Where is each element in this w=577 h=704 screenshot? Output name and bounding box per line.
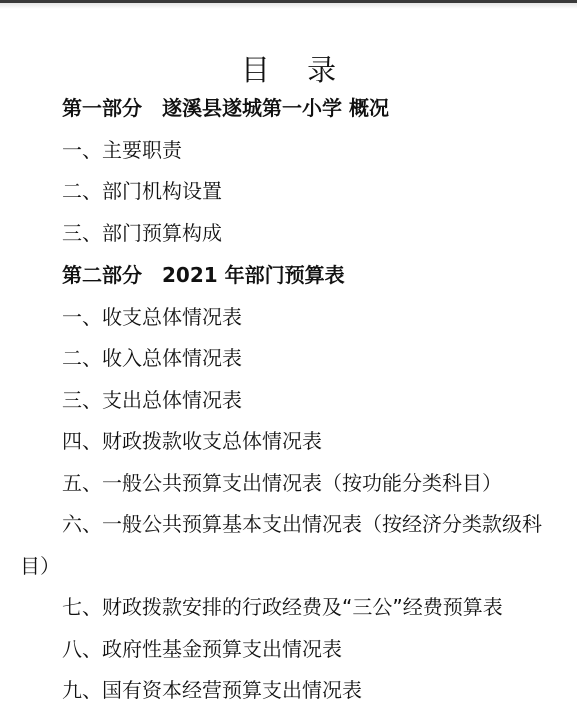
- toc-item: 五、一般公共预算支出情况表（按功能分类科目）: [62, 470, 502, 496]
- section-heading-1: 第一部分 遂溪县遂城第一小学 概况: [62, 95, 389, 121]
- toc-item: 三、部门预算构成: [62, 220, 222, 246]
- toc-item: 二、部门机构设置: [62, 178, 222, 204]
- toc-item: 九、国有资本经营预算支出情况表: [62, 677, 362, 703]
- toc-item: 四、财政拨款收支总体情况表: [62, 428, 322, 454]
- toc-item: 一、收支总体情况表: [62, 304, 242, 330]
- toc-item: 三、支出总体情况表: [62, 387, 242, 413]
- toc-item: 八、政府性基金预算支出情况表: [62, 636, 342, 662]
- section-heading-2: 第二部分 2021 年部门预算表: [62, 262, 345, 288]
- toc-item: 一、主要职责: [62, 137, 182, 163]
- page-title: 目 录: [0, 48, 577, 89]
- top-shadow: [0, 3, 577, 9]
- toc-item: 二、收入总体情况表: [62, 345, 242, 371]
- toc-item-wrap: 目）: [20, 553, 60, 579]
- toc-item: 六、一般公共预算基本支出情况表（按经济分类款级科: [62, 511, 542, 537]
- toc-item: 七、财政拨款安排的行政经费及“三公”经费预算表: [62, 594, 503, 620]
